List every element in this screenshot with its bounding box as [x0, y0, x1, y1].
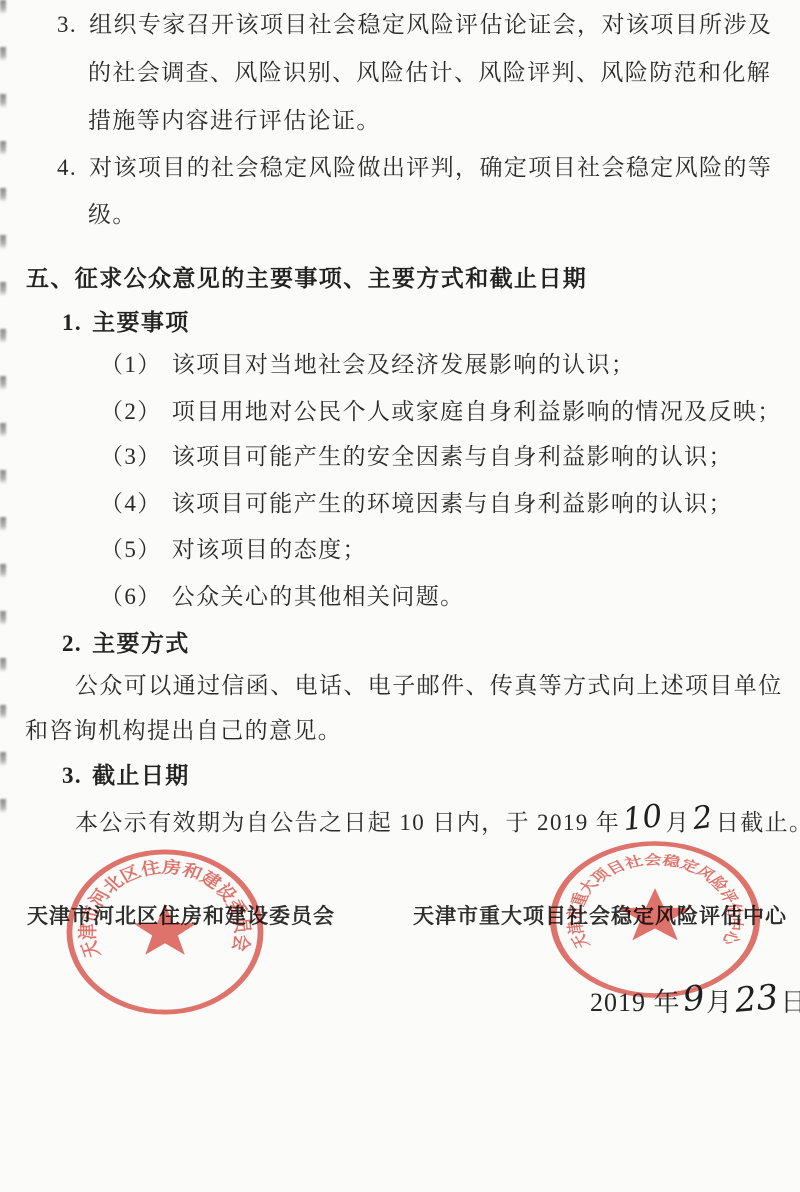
section-heading: 五、征求公众意见的主要事项、主要方式和截止日期	[26, 264, 587, 294]
sub-list-item-1: （1）该项目对当地社会及经济发展影响的认识；	[100, 350, 635, 380]
list-item-3-line-2: 的社会调查、风险识别、风险估计、风险评判、风险防范和化解	[88, 58, 771, 88]
sub-item-2-number: 2.	[62, 631, 82, 656]
list-item-4-line-1: 4.对该项目的社会稳定风险做出评判，确定项目社会稳定风险的等	[57, 153, 772, 183]
list-item-4-text: 对该项目的社会稳定风险做出评判，确定项目社会稳定风险的等	[89, 155, 772, 180]
list-item-3-line-3: 措施等内容进行评估论证。	[88, 106, 381, 136]
document-page: 3.组织专家召开该项目社会稳定风险评估论证会，对该项目所涉及 的社会调查、风险识…	[0, 0, 800, 1192]
sub-list-item-4-text: 该项目可能产生的环境因素与自身利益影响的认识；	[172, 491, 733, 516]
date-month-unit: 月	[706, 988, 733, 1017]
handwritten-date-day: 23	[734, 983, 780, 1015]
sub-item-2-title: 主要方式	[92, 631, 190, 656]
sub-list-item-3-text: 该项目可能产生的安全因素与自身利益影响的认识；	[172, 444, 733, 469]
sub-list-item-1-text: 该项目对当地社会及经济发展影响的认识；	[172, 352, 636, 377]
handwritten-date-month: 9	[681, 984, 705, 1014]
sub-item-3: 3.截止日期	[62, 761, 190, 791]
sub-list-item-1-number: （1）	[100, 352, 162, 377]
list-item-3-number: 3.	[57, 10, 77, 40]
scan-artifact-strip	[0, 0, 6, 840]
right-seal-star-icon	[618, 888, 692, 940]
methods-paragraph-line-2: 和咨询机构提出自己的意见。	[25, 716, 342, 746]
date-year: 2019 年	[590, 988, 681, 1017]
left-official-seal: 天津市河北区住房和建设委员会	[60, 844, 270, 1020]
sub-item-2: 2.主要方式	[62, 629, 190, 659]
sub-list-item-6: （6）公众关心的其他相关问题。	[100, 582, 465, 612]
left-seal-star-icon	[133, 904, 197, 955]
sub-list-item-5: （5）对该项目的态度；	[100, 535, 367, 565]
sub-item-3-title: 截止日期	[92, 763, 190, 788]
list-item-4-number: 4.	[57, 153, 77, 183]
sub-item-1-title: 主要事项	[92, 310, 190, 335]
sub-list-item-4-number: （4）	[100, 491, 162, 516]
deadline-line: 本公示有效期为自公告之日起 10 日内，于 2019 年10月2日截止。	[75, 807, 800, 838]
handwritten-day: 2	[691, 804, 714, 832]
sub-list-item-3-number: （3）	[100, 444, 162, 469]
document-date: 2019 年9月23日	[590, 982, 800, 1019]
handwritten-month: 10	[622, 803, 664, 834]
deadline-prefix: 本公示有效期为自公告之日起 10 日内，于 2019 年	[75, 810, 620, 835]
sub-item-1-number: 1.	[62, 310, 82, 335]
sub-item-1: 1.主要事项	[62, 308, 190, 338]
list-item-4-line-2: 级。	[88, 200, 137, 230]
sub-list-item-5-number: （5）	[100, 537, 162, 562]
sub-list-item-4: （4）该项目可能产生的环境因素与自身利益影响的认识；	[100, 489, 733, 519]
deadline-suffix: 日截止。	[716, 810, 800, 835]
sub-list-item-2-number: （2）	[100, 399, 162, 424]
deadline-month-unit: 月	[666, 810, 690, 835]
sub-list-item-3: （3）该项目可能产生的安全因素与自身利益影响的认识；	[100, 442, 733, 472]
methods-paragraph-line-1: 公众可以通过信函、电话、电子邮件、传真等方式向上述项目单位	[75, 671, 783, 701]
list-item-3-line-1: 3.组织专家召开该项目社会稳定风险评估论证会，对该项目所涉及	[57, 10, 772, 40]
sub-list-item-6-number: （6）	[100, 584, 162, 609]
date-day-unit: 日	[780, 988, 800, 1017]
list-item-3-text: 组织专家召开该项目社会稳定风险评估论证会，对该项目所涉及	[89, 12, 772, 37]
sub-item-3-number: 3.	[62, 763, 82, 788]
sub-list-item-5-text: 对该项目的态度；	[172, 537, 367, 562]
sub-list-item-2: （2）项目用地对公民个人或家庭自身利益影响的情况及反映；	[100, 397, 782, 427]
right-official-seal: 天津市重大项目社会稳定风险评估中心	[543, 836, 767, 1003]
sub-list-item-2-text: 项目用地对公民个人或家庭自身利益影响的情况及反映；	[172, 399, 782, 424]
sub-list-item-6-text: 公众关心的其他相关问题。	[172, 584, 465, 609]
